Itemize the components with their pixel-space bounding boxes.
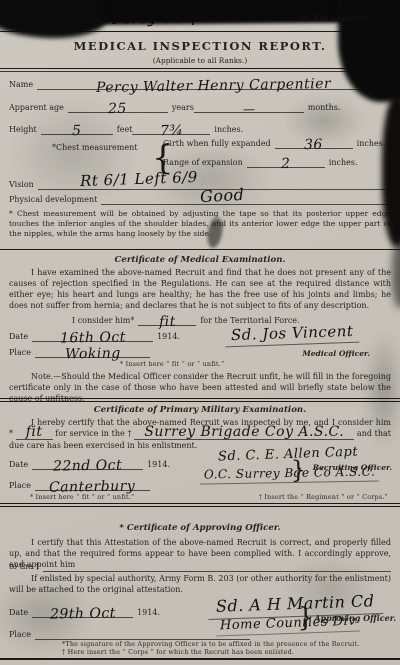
rule	[0, 398, 400, 402]
name-field: Name Percy Walter Henry Carpentier	[9, 78, 391, 90]
approving-date-field: Date 29th Oct 1914.	[9, 606, 160, 618]
rule	[0, 31, 400, 32]
place-label: Place	[9, 348, 35, 358]
place-line: Canterbury	[35, 479, 150, 491]
consider-prefix: I consider him*	[72, 316, 138, 326]
page-title: MEDICAL INSPECTION REPORT.	[0, 39, 400, 53]
name-label: Name	[9, 80, 37, 90]
insert-fit-note: * Insert here “ fit ” or “ unfit.”	[120, 360, 225, 368]
feet-label: feet	[113, 125, 133, 135]
place-value: Woking	[65, 351, 121, 358]
on-enlistment-overlay: on Enlistment.	[298, 14, 369, 24]
range-field: Range of expansion 2 inches.	[163, 156, 391, 168]
girth-value: 36	[304, 142, 323, 148]
place-line: Woking	[35, 346, 150, 358]
medical-cert-body-text: I have examined the above-named Recruit …	[9, 268, 391, 310]
name-value: Percy Walter Henry Carpentier	[96, 81, 331, 91]
months-line: —	[194, 101, 304, 113]
age-label: Apparent age	[9, 103, 68, 113]
chest-label: *Chest measurement	[52, 143, 137, 152]
date-value: 16th Oct	[60, 334, 126, 341]
special-authority-text: If enlisted by special authority, Army F…	[9, 574, 391, 594]
date-label: Date	[9, 460, 32, 470]
height-field: Height 5 feet 7¾ inches.	[9, 123, 391, 135]
year-value: 1914.	[143, 460, 170, 470]
year-value: 1914.	[153, 332, 180, 342]
rule	[0, 71, 400, 72]
rule	[0, 68, 400, 69]
medical-place-field: Place Woking	[9, 346, 150, 358]
place-label: Place	[9, 630, 35, 640]
physical-value: Good	[200, 185, 245, 206]
top-handwritten-name-overlay: Percy Carpentier	[112, 6, 250, 28]
girth-unit: inches.	[353, 139, 386, 149]
medical-officer-signature: Sd. Jos Vincent	[225, 322, 360, 348]
rule	[0, 249, 400, 250]
girth-label: Girth when fully expanded	[163, 139, 275, 149]
primary-cert-heading: Certificate of Primary Military Examinat…	[0, 405, 400, 415]
approving-place-field: Place	[9, 628, 250, 640]
inches-line: 7¾	[132, 123, 210, 135]
inches-value: 7¾	[160, 128, 184, 134]
consider-line: fit	[138, 314, 196, 326]
consider-value: fit	[159, 319, 176, 325]
feet-value: 5	[72, 128, 82, 134]
place-line	[35, 628, 250, 640]
chest-footnote: * Chest measurement will be obtained by …	[9, 209, 391, 239]
date-label: Date	[9, 332, 32, 342]
page-subtitle: (Applicable to all Ranks.)	[0, 56, 400, 65]
rule	[0, 503, 400, 507]
feet-line: 5	[41, 123, 113, 135]
age-line: 25	[68, 101, 168, 113]
date-label: Date	[9, 608, 32, 618]
range-line: 2	[247, 156, 325, 168]
age-dash: —	[243, 106, 256, 112]
girth-line: 36	[275, 137, 353, 149]
approving-cert-heading: * Certificate of Approving Officer.	[0, 523, 400, 533]
medical-cert-heading: Certificate of Medical Examination.	[0, 255, 400, 265]
to-the-field: to the †	[9, 560, 391, 572]
primary-place-field: Place Canterbury	[9, 479, 150, 491]
to-the-line	[43, 560, 391, 572]
primary-service-label: for service in the †	[55, 429, 131, 438]
inches-label: inches.	[210, 125, 243, 135]
medical-officer-label: Medical Officer.	[302, 349, 370, 358]
vision-label: Vision	[9, 180, 38, 190]
date-line: 29th Oct	[32, 606, 133, 618]
physical-line	[101, 193, 391, 205]
to-the-label: to the †	[9, 562, 43, 572]
primary-date-field: Date 22nd Oct 1914.	[9, 458, 170, 470]
date-value: 22nd Oct	[53, 462, 122, 469]
approving-officer-label: Approving Officer.	[314, 613, 396, 623]
date-value: 29th Oct	[50, 610, 116, 617]
primary-footnote-left: * Insert here “ fit ” or “ unfit.”	[30, 493, 135, 501]
years-label: years	[168, 103, 194, 113]
approving-footnote-1: *The signature of the Approving Officer …	[62, 640, 359, 648]
primary-unit-value: Surrey Brigade Coy A.S.C.	[144, 424, 344, 440]
scanned-medical-inspection-report: Percy Carpentier on Enlistment. MEDICAL …	[0, 0, 400, 665]
months-label: months.	[304, 103, 341, 113]
range-label: Range of expansion	[163, 158, 247, 168]
height-label: Height	[9, 125, 41, 135]
year-value: 1914.	[133, 608, 160, 618]
range-unit: inches.	[325, 158, 358, 168]
date-line: 22nd Oct	[32, 458, 143, 470]
girth-field: Girth when fully expanded 36 inches.	[163, 137, 391, 149]
age-value: 25	[108, 106, 127, 112]
place-value: Canterbury	[49, 483, 135, 491]
recruiting-officer-label: Recruiting Officer.	[313, 463, 392, 472]
primary-fit-value: fit	[26, 424, 43, 440]
name-line: Percy Walter Henry Carpentier	[37, 78, 391, 90]
physical-label: Physical development	[9, 195, 101, 205]
range-value: 2	[281, 161, 291, 167]
age-field: Apparent age 25 years — months.	[9, 101, 391, 113]
rule	[0, 658, 400, 660]
medical-date-field: Date 16th Oct 1914.	[9, 330, 180, 342]
place-label: Place	[9, 481, 35, 491]
date-line: 16th Oct	[32, 330, 153, 342]
medical-cert-body: I have examined the above-named Recruit …	[9, 267, 391, 311]
scan-edge-top-left	[0, 0, 106, 38]
approving-footnote-2: † Here insert the “ Corps ” for which th…	[62, 648, 294, 656]
primary-footnote-right: † Insert the “ Regiment ” or “ Corps.”	[259, 493, 388, 501]
